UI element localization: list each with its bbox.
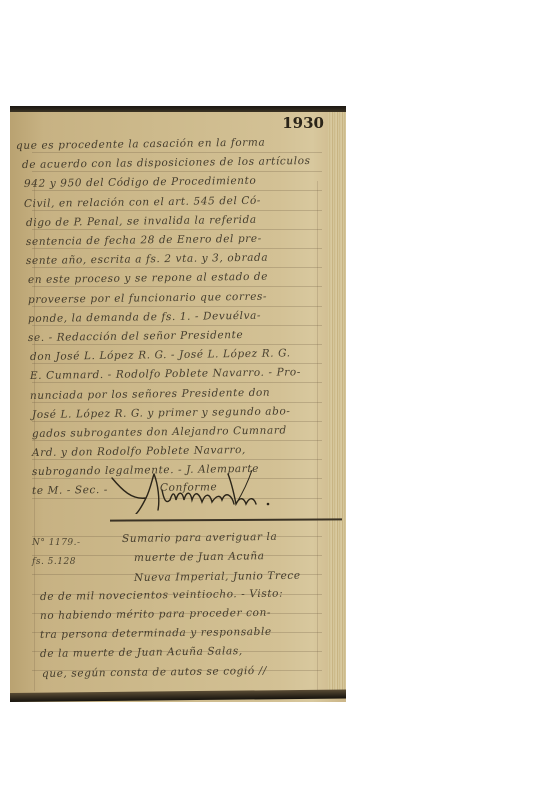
handwritten-line: que es procedente la casación en la form… [16,137,265,152]
ruled-line [32,344,322,345]
page-top-shadow [10,106,346,112]
margin-note-folio: fs. 5.128 [32,557,76,567]
handwritten-line: ponde, la demanda de fs. 1. - Devuélva- [28,310,261,325]
ruled-line [32,267,322,268]
ruled-line [32,402,322,403]
signature [102,470,302,514]
handwritten-line: E. Cumnard. - Rodolfo Poblete Navarro. -… [30,366,301,382]
ruled-line [32,363,322,364]
handwritten-line: gados subrogantes don Alejandro Cumnard [32,424,287,440]
handwritten-line: te M. - Sec. - [32,484,108,497]
ruled-line [32,286,322,287]
ruled-line [32,171,322,172]
handwritten-line: de la muerte de Juan Acuña Salas, [40,645,243,660]
ruled-line [32,421,322,422]
margin-note-entry-number: N° 1179.- [32,538,81,548]
handwritten-line: no habiendo mérito para proceder con- [40,607,271,622]
ruled-line [32,152,322,153]
handwritten-line: proveerse por el funcionario que corres- [28,291,267,306]
handwritten-line: en este proceso y se repone al estado de [28,271,268,286]
ruled-line [32,248,322,249]
ruled-line [32,190,322,191]
ruled-line [32,306,322,307]
right-margin-rule [317,181,318,691]
handwritten-line: Nueva Imperial, Junio Trece [134,570,301,584]
handwritten-line: Ard. y don Rodolfo Poblete Navarro, [32,444,246,459]
entry-title-line: Sumario para averiguar la [122,531,277,545]
page-bottom-shadow [10,689,346,702]
handwritten-line: de acuerdo con las disposiciones de los … [22,155,311,171]
ledger-page: 1930 que es procedente la casación en la… [10,106,346,702]
ruled-line [32,325,322,326]
handwritten-line: sentencia de fecha 28 de Enero del pre- [26,233,262,248]
handwritten-line: 942 y 950 del Código de Procedimiento [24,175,257,190]
ruled-line [32,440,322,441]
entry-separator-line [110,518,342,521]
handwritten-line: que, según consta de autos se cogió // [42,665,267,680]
handwritten-line: sente año, escrita a fs. 2 vta. y 3, obr… [26,252,268,267]
handwritten-line: tra persona determinada y responsable [40,626,272,641]
page-number: 1930 [282,114,324,132]
handwritten-line: Civil, en relación con el art. 545 del C… [24,195,261,210]
ruled-line [32,210,322,211]
ruled-line [32,229,322,230]
page-stack-edges [328,112,346,694]
handwritten-line: José L. López R. G. y primer y segundo a… [32,405,291,421]
handwritten-line: digo de P. Penal, se invalida la referid… [26,214,257,229]
handwritten-line: don José L. López R. G. - José L. López … [30,347,291,363]
entry-title-line: muerte de Juan Acuña [134,550,265,564]
handwritten-line: de de mil novecientos veintiocho. - Vist… [40,588,283,603]
handwritten-line: se. - Redacción del señor Presidente [28,329,243,344]
ruled-line [32,382,322,383]
handwritten-line: nunciada por los señores Presidente don [30,387,270,402]
ruled-line [32,459,322,460]
